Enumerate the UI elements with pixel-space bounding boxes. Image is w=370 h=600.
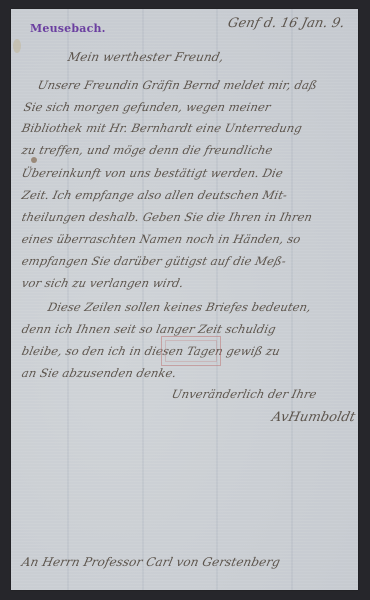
body-line: an Sie abzusenden denke. <box>21 366 178 380</box>
body-line: Unsere Freundin Gräfin Bernd meldet mir,… <box>37 78 319 92</box>
body-line: Sie sich morgen gefunden, wegen meiner <box>23 100 273 114</box>
body-line: Übereinkunft von uns bestätigt werden. D… <box>21 166 285 180</box>
body-line: Zeit. Ich empfange also allen deutschen … <box>21 188 289 202</box>
paper-stain <box>13 39 21 53</box>
body-line: theilungen deshalb. Geben Sie die Ihren … <box>21 210 314 224</box>
body-line: empfangen Sie darüber gütigst auf die Me… <box>21 254 288 268</box>
library-stamp <box>161 336 221 366</box>
paper-stain <box>31 157 37 163</box>
dateline: Genf d. 16 Jan. 9. <box>226 16 346 31</box>
closing: Unveränderlich der Ihre <box>171 387 319 401</box>
salutation: Mein werthester Freund, <box>67 50 226 64</box>
body-line: Bibliothek mit Hr. Bernhardt eine Unterr… <box>21 121 304 135</box>
body-line: eines überraschten Namen noch in Händen,… <box>21 232 302 246</box>
owner-stamp: Meusebach. <box>30 22 106 35</box>
body-line: Diese Zeilen sollen keines Briefes bedeu… <box>47 300 313 314</box>
address-line: An Herrn Professor Carl von Gerstenberg <box>21 555 282 569</box>
signature: AvHumboldt <box>270 410 356 425</box>
body-line: denn ich Ihnen seit so langer Zeit schul… <box>21 322 278 336</box>
body-line: zu treffen, und möge denn die freundlich… <box>21 143 275 157</box>
body-line: vor sich zu verlangen wird. <box>21 276 185 290</box>
body-line: bleibe, so den ich in diesen Tagen gewiß… <box>21 344 282 358</box>
